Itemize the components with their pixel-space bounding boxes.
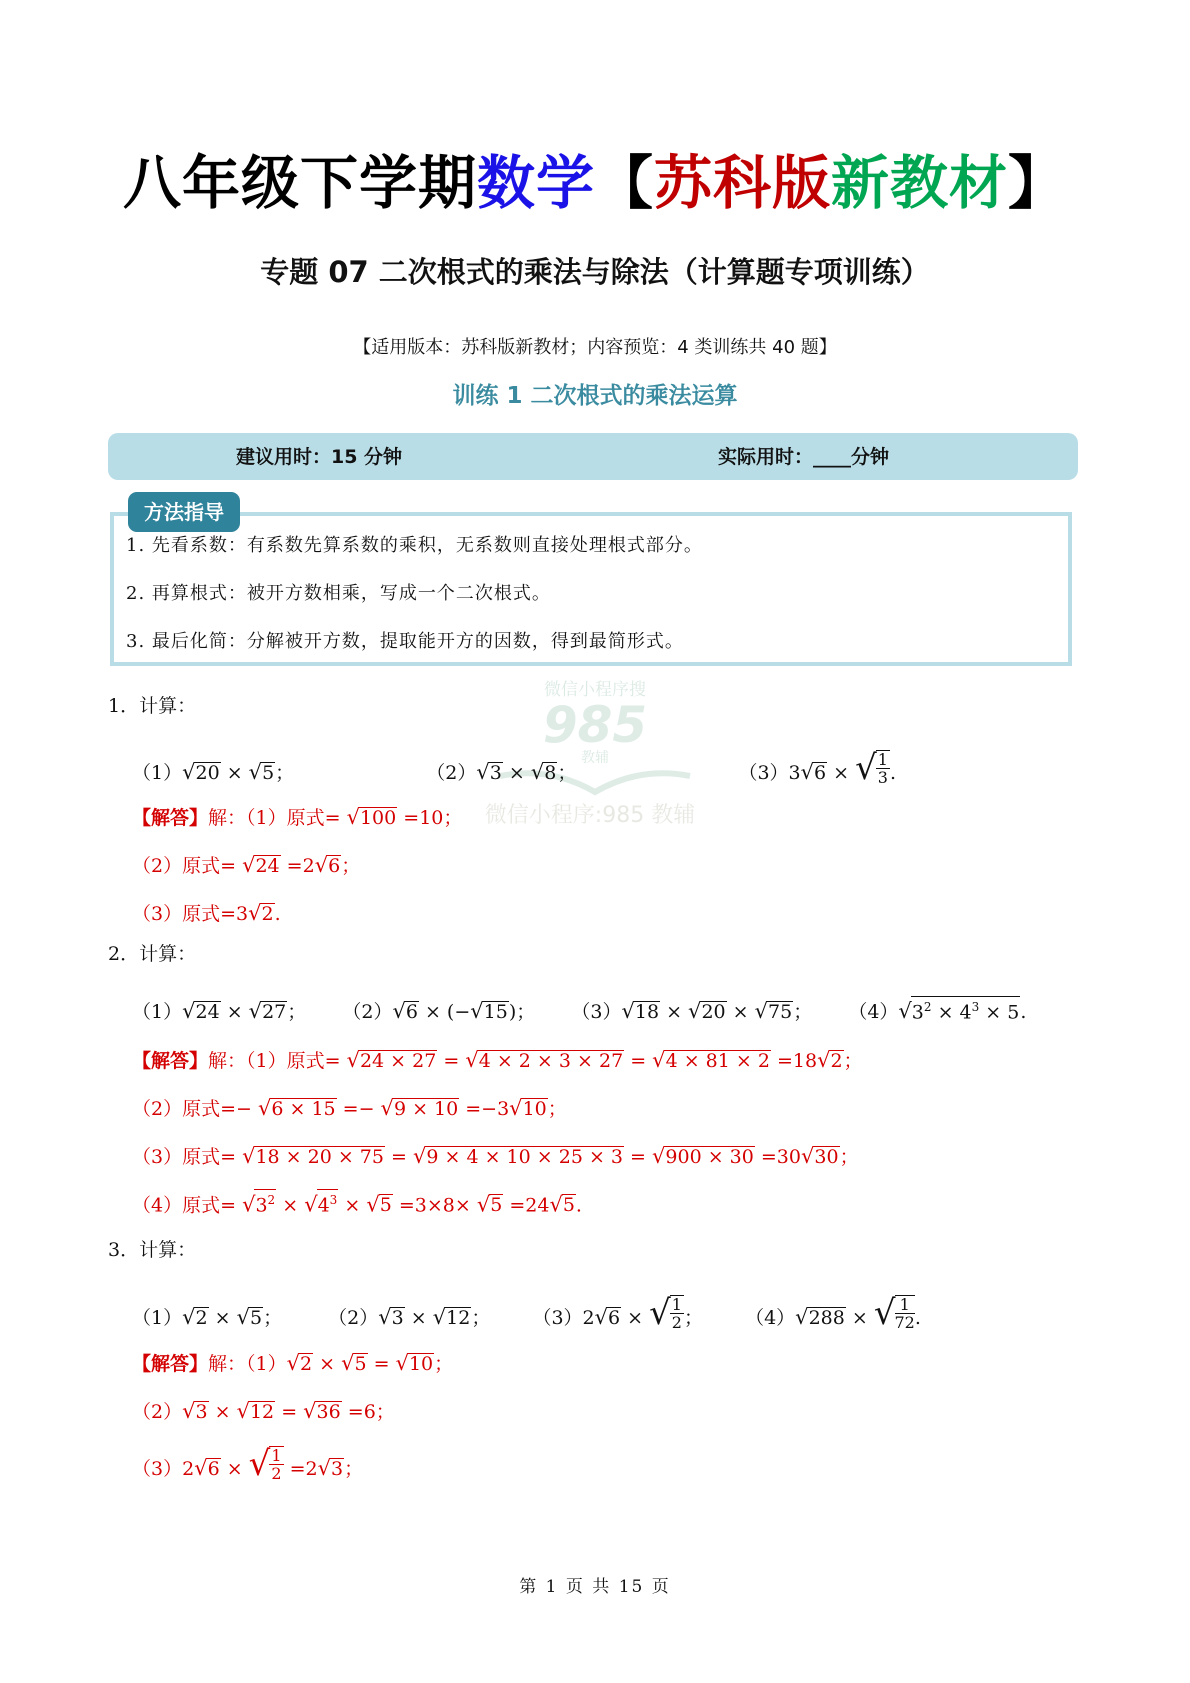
answer-2-line-1: 【解答】解：（1）原式= √24 × 27 = √4 × 2 × 3 × 27 … — [132, 1045, 863, 1076]
page-footer: 第 1 页 共 15 页 — [0, 1572, 1190, 1597]
title-part-grade: 八年级下学期 — [123, 149, 477, 217]
q2-part-4: （4）√32 × 43 × 5. — [848, 1001, 1026, 1023]
question-2-parts: （1）√24 × √27； （2）√6 × (−√15)； （3）√18 × √… — [132, 996, 1026, 1027]
answer-3-line-1: 【解答】解：（1）√2 × √5 = √10； — [132, 1348, 453, 1379]
question-3-parts: （1）√2 × √5； （2）√3 × √12； （3）2√6 × √12； （… — [132, 1295, 921, 1333]
q3-part-2: （2）√3 × √12； — [328, 1307, 490, 1329]
q3-part-3: （3）2√6 × √12； — [532, 1307, 703, 1329]
q2-part-3: （3）√18 × √20 × √75； — [571, 1001, 812, 1023]
title-part-edition: 新教材 — [831, 149, 1008, 217]
q1-part-1: （1）√20 × √5； — [132, 762, 294, 784]
question-1-head: 1．计算： — [108, 692, 196, 720]
answer-1-line-2: （2）原式= √24 =2√6； — [132, 850, 360, 881]
answer-2-line-2: （2）原式=− √6 × 15 =− √9 × 10 =−3√10； — [132, 1093, 567, 1124]
q1-part-3: （3）3√6 × √13. — [738, 762, 896, 784]
answer-3-line-3: （3）2√6 × √12 =2√3； — [132, 1446, 363, 1484]
answer-2-line-4: （4）原式= √32 × √43 × √5 =3×8× √5 =24√5. — [132, 1189, 582, 1220]
method-guide-tab: 方法指导 — [128, 492, 240, 532]
watermark-line4: 微信小程序:985 教辅 — [460, 798, 720, 829]
title-bracket-open: 【 — [595, 149, 654, 217]
title-part-publisher: 苏科版 — [654, 149, 831, 217]
answer-1-line-1: 【解答】解：（1）原式= √100 =10； — [132, 802, 462, 833]
q3-part-1: （1）√2 × √5； — [132, 1307, 282, 1329]
q2-part-1: （1）√24 × √27； — [132, 1001, 306, 1023]
title-part-subject: 数学 — [477, 149, 595, 217]
guide-item-2: 2. 再算根式：被开方数相乘，写成一个二次根式。 — [126, 581, 551, 607]
question-1-parts: （1）√20 × √5； （2）√3 × √8； （3）3√6 × √13. — [132, 750, 896, 788]
question-3-head: 3．计算： — [108, 1236, 196, 1264]
watermark-logo: 985 — [490, 700, 700, 750]
q2-part-2: （2）√6 × (−√15)； — [342, 1001, 535, 1023]
time-bar: 建议用时：15 分钟 实际用时：____分钟 — [108, 433, 1078, 480]
actual-time: 实际用时：____分钟 — [718, 444, 889, 470]
answer-1-line-3: （3）原式=3√2. — [132, 898, 281, 929]
question-2-head: 2．计算： — [108, 940, 196, 968]
answer-3-line-2: （2）√3 × √12 = √36 =6； — [132, 1396, 395, 1427]
scope-note: 【适用版本：苏科版新教材；内容预览：4 类训练共 40 题】 — [0, 334, 1190, 362]
title-bracket-close: 】 — [1008, 149, 1067, 217]
guide-item-1: 1. 先看系数：有系数先算系数的乘积，无系数则直接处理根式部分。 — [126, 533, 703, 559]
q1-part-2: （2）√3 × √8； — [426, 762, 576, 784]
answer-2-line-3: （3）原式= √18 × 20 × 75 = √9 × 4 × 10 × 25 … — [132, 1141, 859, 1172]
section-title: 训练 1 二次根式的乘法运算 — [0, 380, 1190, 412]
suggested-time: 建议用时：15 分钟 — [236, 444, 402, 470]
topic-subtitle: 专题 07 二次根式的乘法与除法（计算题专项训练） — [0, 252, 1190, 292]
q3-part-4: （4）√288 × √172. — [745, 1307, 921, 1329]
guide-item-3: 3. 最后化简：分解被开方数，提取能开方的因数，得到最简形式。 — [126, 629, 684, 655]
document-title: 八年级下学期数学【苏科版新教材】 — [0, 148, 1190, 218]
